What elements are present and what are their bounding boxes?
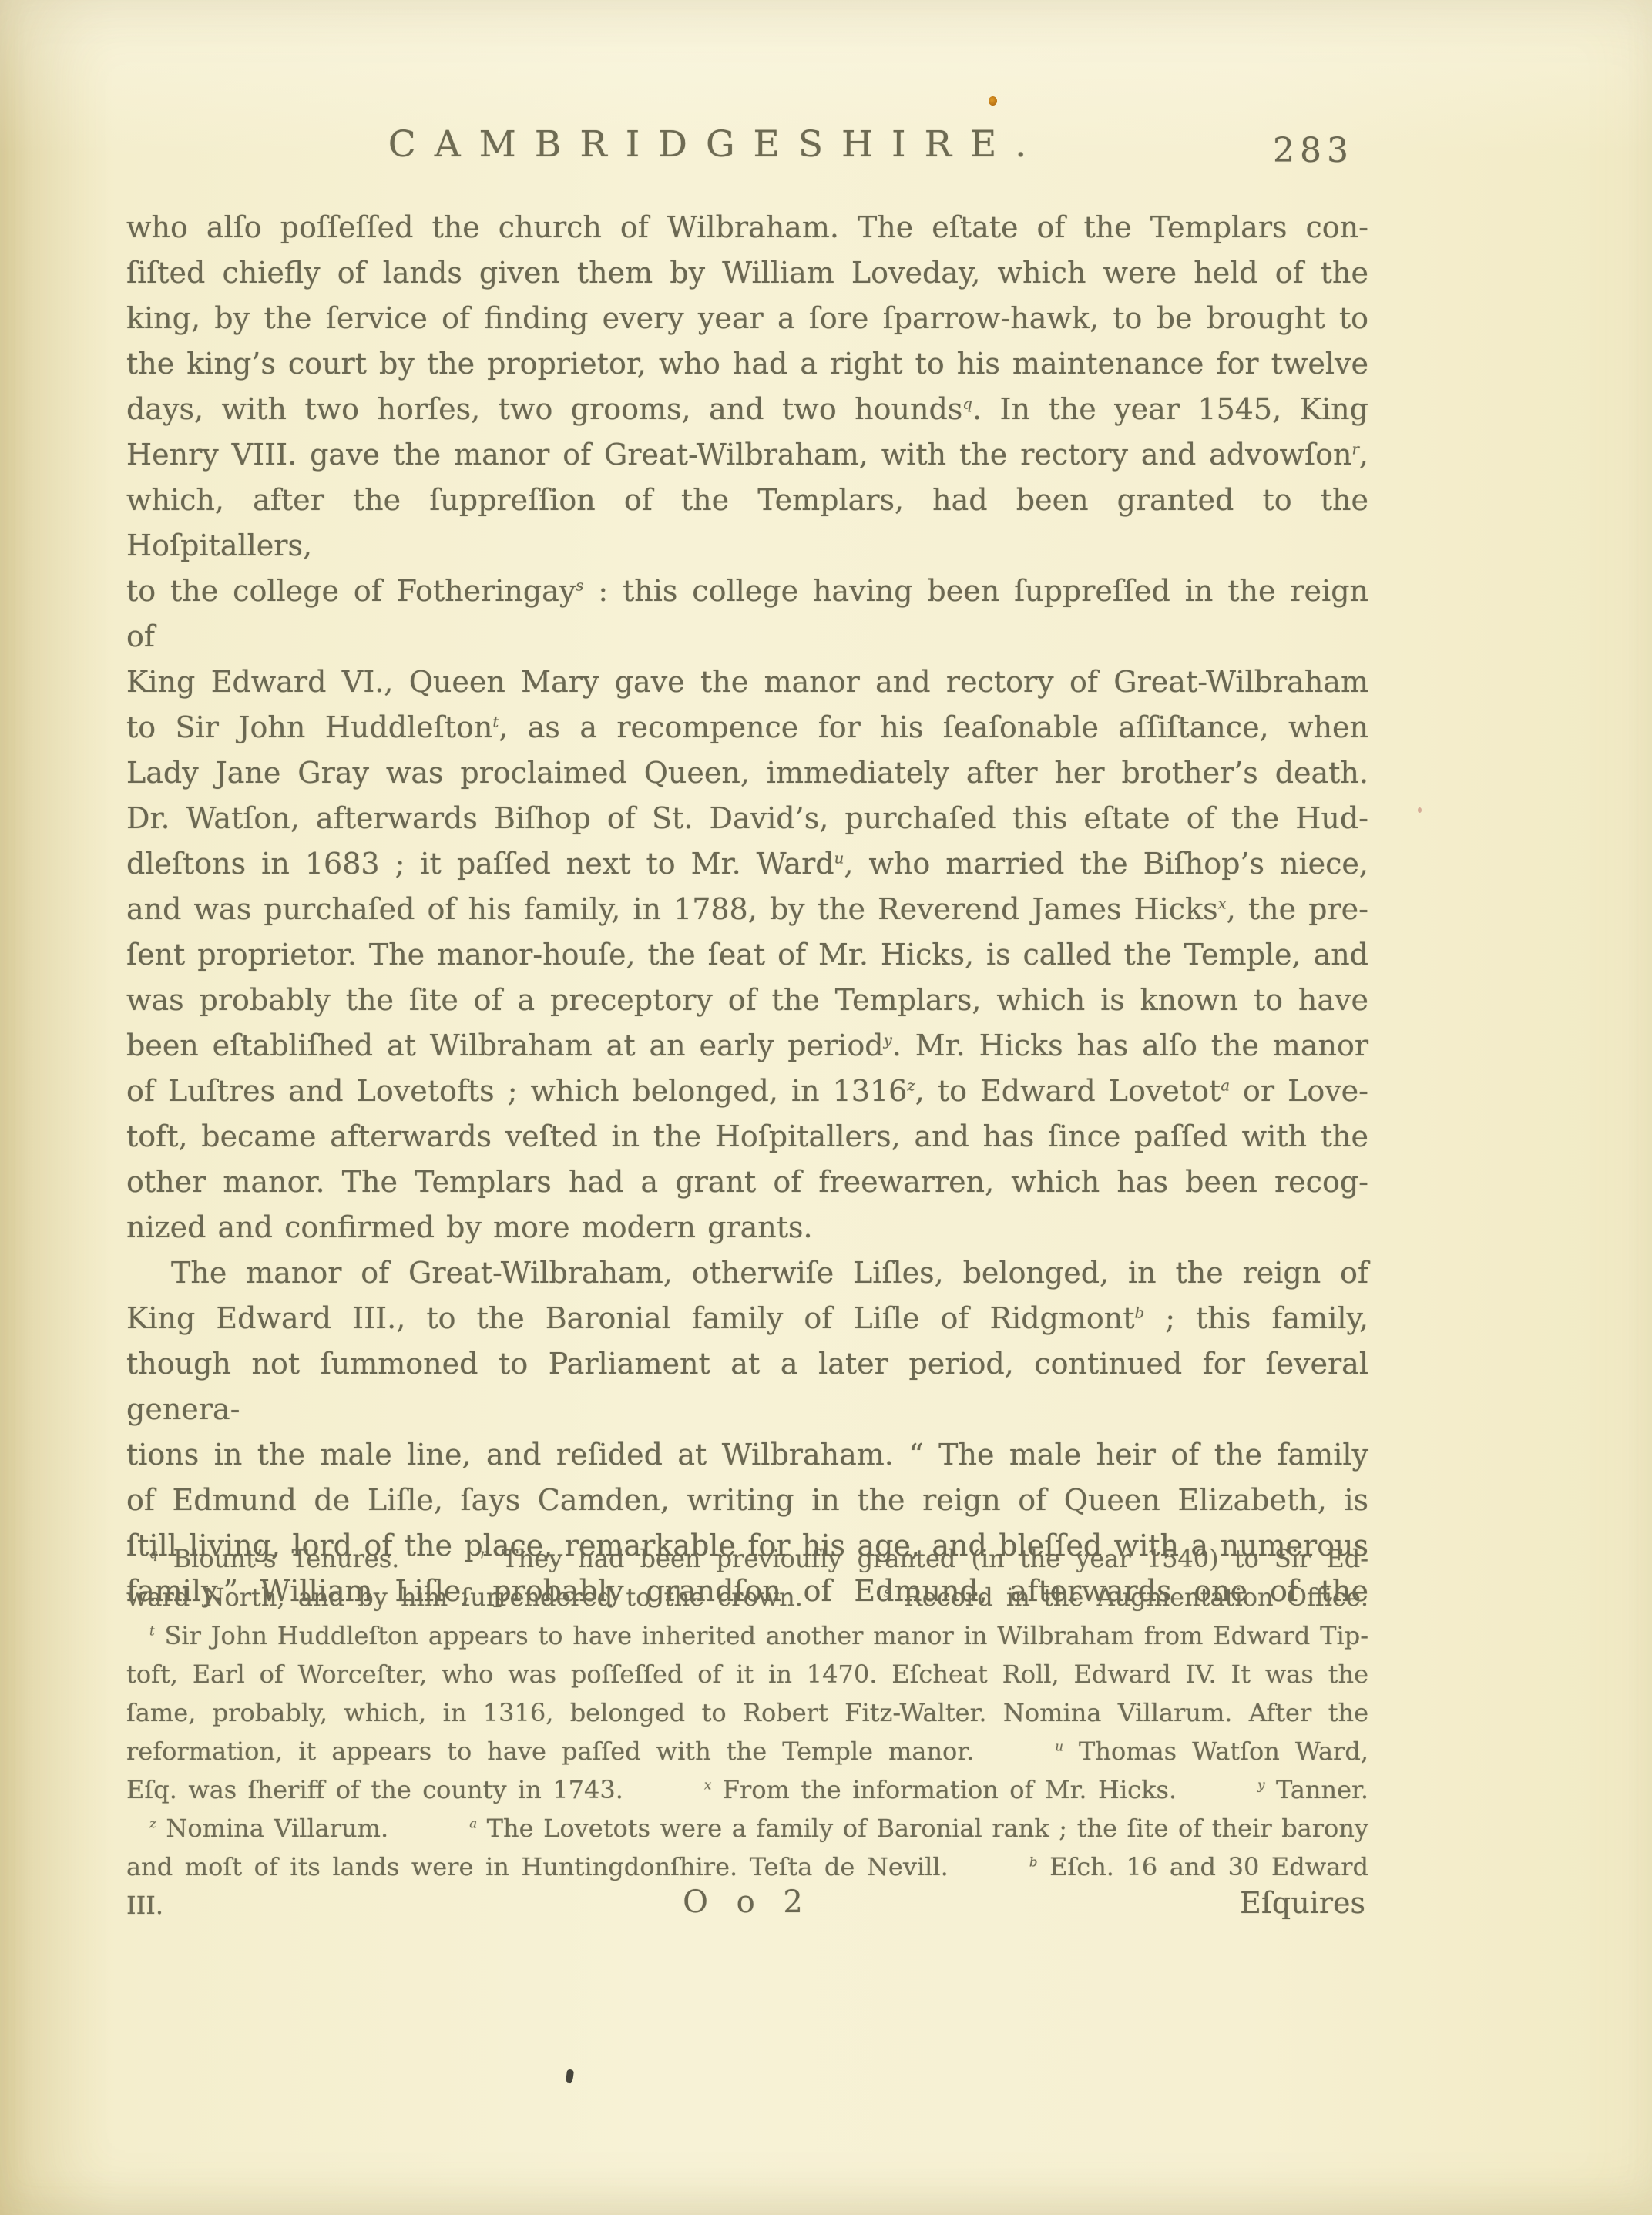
text-line: toft, became afterwards veſted in the Ho… bbox=[126, 1114, 1368, 1160]
text-line: ſent proprietor. The manor-houſe, the ſe… bbox=[126, 932, 1368, 978]
body-text: who alſo poſſeſſed the church of Wilbrah… bbox=[126, 205, 1368, 1614]
footnote-marker: t bbox=[149, 1623, 155, 1638]
text-line: King Edward VI., Queen Mary gave the man… bbox=[126, 659, 1368, 705]
footnote-line: ward North, and by him ſurrendered to th… bbox=[126, 1578, 1368, 1616]
footnote-marker: a bbox=[469, 1816, 477, 1831]
footnote-marker: u bbox=[1055, 1739, 1063, 1754]
page-header-title: CAMBRIDGESHIRE. bbox=[100, 123, 1333, 166]
footnote-marker: u bbox=[834, 849, 844, 867]
footnote-marker: z bbox=[149, 1816, 156, 1831]
text-line: The manor of Great-Wilbraham, otherwiſe … bbox=[126, 1250, 1368, 1296]
text-line: and was purchaſed of his family, in 1788… bbox=[126, 887, 1368, 932]
footnote-marker: z bbox=[907, 1076, 915, 1094]
text-line: nized and confirmed by more modern grant… bbox=[126, 1205, 1368, 1250]
book-page-scan: CAMBRIDGESHIRE. 283 who alſo poſſeſſed t… bbox=[0, 0, 1652, 2215]
text-line: tions in the male line, and reſided at W… bbox=[126, 1432, 1368, 1478]
footnote-line: q Blount’s Tenures.r They had been previ… bbox=[126, 1539, 1368, 1578]
text-line: days, with two horſes, two grooms, and t… bbox=[126, 387, 1368, 432]
catchword: Eſquires bbox=[1240, 1886, 1365, 1920]
text-line: dleſtons in 1683 ; it paſſed next to Mr.… bbox=[126, 841, 1368, 887]
orange-stain bbox=[989, 96, 997, 106]
footnote-line: z Nomina Villarum.a The Lovetots were a … bbox=[126, 1809, 1368, 1848]
ink-fleck bbox=[566, 2069, 574, 2084]
footnote-marker: x bbox=[704, 1777, 711, 1792]
footnote-marker: b bbox=[1135, 1304, 1145, 1321]
footnote-marker: x bbox=[1218, 894, 1227, 912]
text-line: of Edmund de Liſle, ſays Camden, writing… bbox=[126, 1478, 1368, 1523]
footnote-line: toft, Earl of Worceſter, who was poſſeſſ… bbox=[126, 1655, 1368, 1693]
text-line: been eſtabliſhed at Wilbraham at an earl… bbox=[126, 1023, 1368, 1069]
footnote-marker: q bbox=[962, 394, 972, 412]
footnote-line: t Sir John Huddleſton appears to have in… bbox=[126, 1616, 1368, 1655]
footnote-marker: q bbox=[149, 1546, 158, 1561]
text-line: ſiſted chiefly of lands given them by Wi… bbox=[126, 250, 1368, 296]
text-line: other manor. The Templars had a grant of… bbox=[126, 1160, 1368, 1205]
text-line: who alſo poſſeſſed the church of Wilbrah… bbox=[126, 205, 1368, 250]
footnote-marker: r bbox=[1351, 440, 1358, 458]
footnote-marker: s bbox=[576, 576, 583, 594]
text-line: which, after the ſuppreſſion of the Temp… bbox=[126, 478, 1368, 569]
footnote-marker: r bbox=[480, 1546, 486, 1561]
text-line: Lady Jane Gray was proclaimed Queen, imm… bbox=[126, 750, 1368, 796]
footnote-line: Eſq. was ſheriff of the county in 1743.x… bbox=[126, 1770, 1368, 1809]
footnote-marker: y bbox=[1257, 1777, 1264, 1792]
paper-speck bbox=[1418, 807, 1422, 813]
text-line: of Luſtres and Lovetofts ; which belonge… bbox=[126, 1069, 1368, 1114]
text-line: Dr. Watſon, afterwards Biſhop of St. Dav… bbox=[126, 796, 1368, 841]
text-line: King Edward III., to the Baronial family… bbox=[126, 1296, 1368, 1341]
footer-row: O o 2 Eſquires bbox=[126, 1884, 1368, 1934]
footnote-block: q Blount’s Tenures.r They had been previ… bbox=[126, 1539, 1368, 1925]
footnote-marker: s bbox=[884, 1585, 891, 1599]
text-line: was probably the ſite of a preceptory of… bbox=[126, 978, 1368, 1023]
signature-mark: O o 2 bbox=[126, 1884, 1368, 1920]
footnote-marker: y bbox=[884, 1031, 892, 1049]
footnote-marker: b bbox=[1029, 1854, 1038, 1869]
text-line: to the college of Fotheringays : this co… bbox=[126, 569, 1368, 659]
text-line: king, by the ſervice of finding every ye… bbox=[126, 296, 1368, 341]
footnote-line: ſame, probably, which, in 1316, belonged… bbox=[126, 1693, 1368, 1732]
text-line: though not ſummoned to Parliament at a l… bbox=[126, 1341, 1368, 1432]
text-line: to Sir John Huddleſtont, as a recompence… bbox=[126, 705, 1368, 750]
text-line: the king’s court by the proprietor, who … bbox=[126, 341, 1368, 387]
page-number: 283 bbox=[1273, 131, 1354, 170]
footnote-line: reformation, it appears to have paſſed w… bbox=[126, 1732, 1368, 1770]
footnote-marker: t bbox=[492, 713, 499, 730]
footnote-marker: a bbox=[1221, 1076, 1230, 1094]
text-line: Henry VIII. gave the manor of Great-Wilb… bbox=[126, 432, 1368, 478]
